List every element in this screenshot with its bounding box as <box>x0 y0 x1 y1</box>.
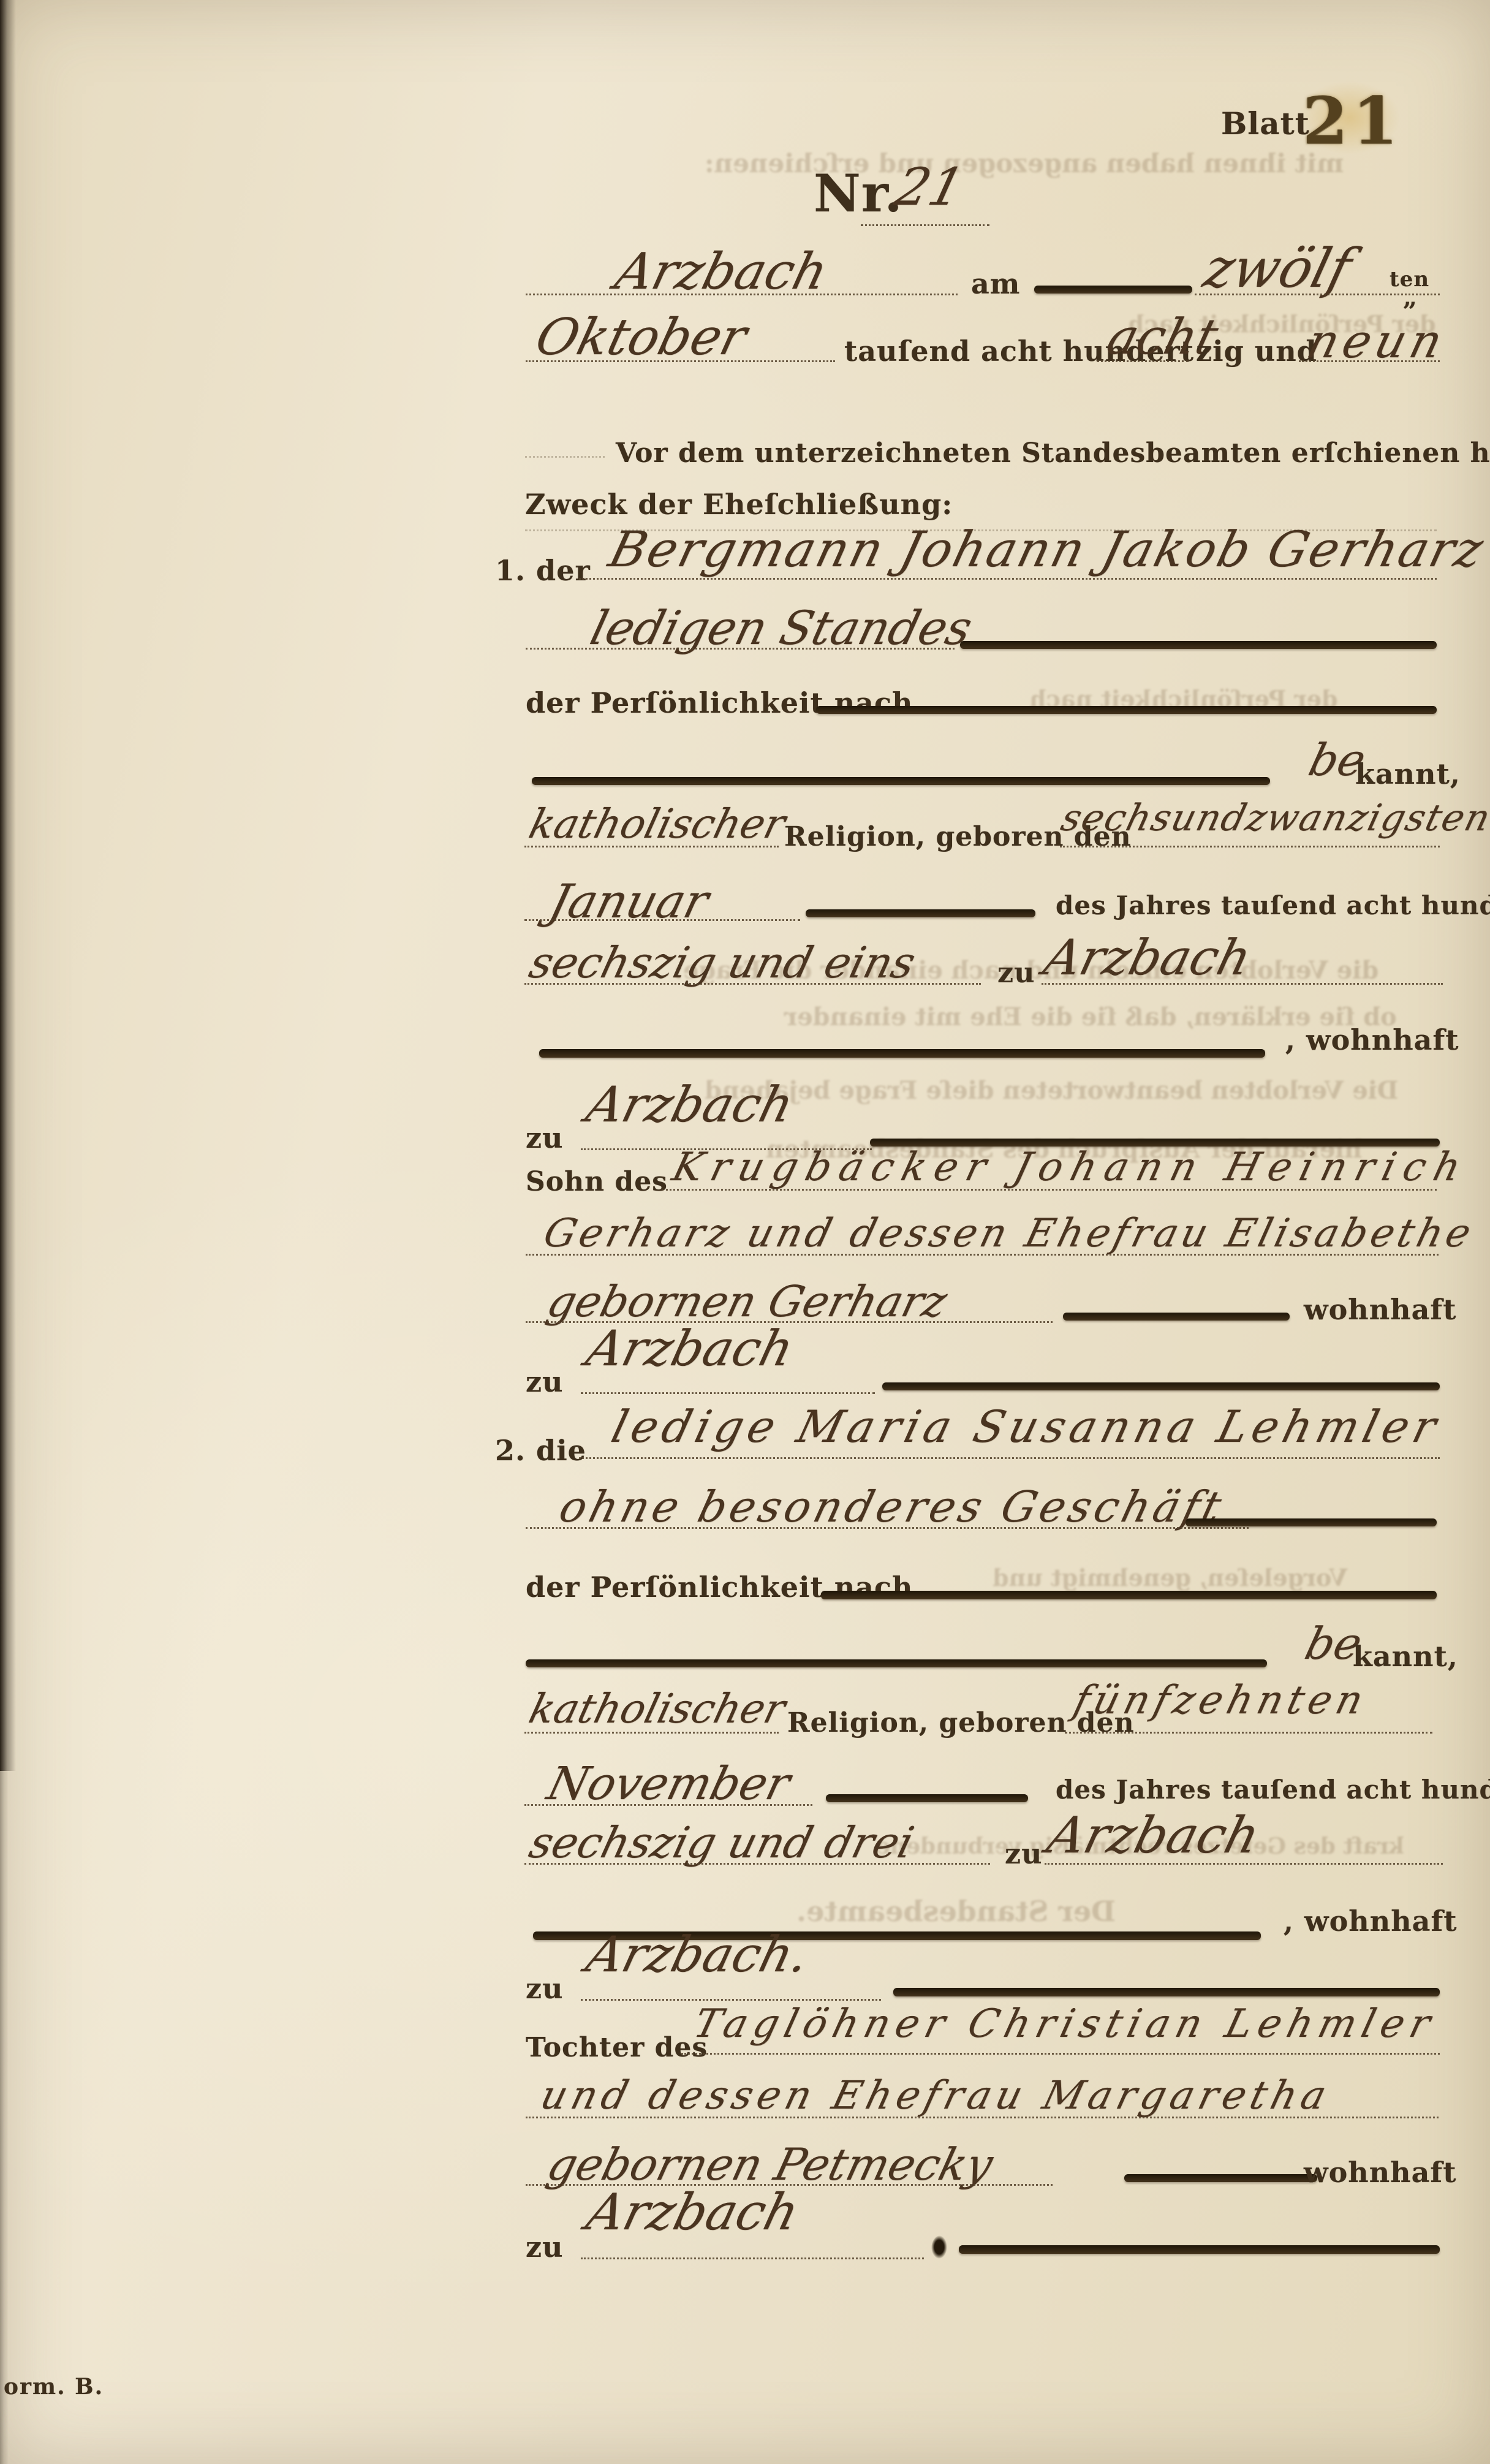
dotted-rule <box>581 1999 881 2001</box>
registration-place: Arzbach <box>610 243 833 301</box>
ink-blot <box>931 2235 947 2259</box>
groom-name: Bergmann Johann Jakob Gerharz <box>603 521 1490 578</box>
ink-bar <box>532 777 1270 785</box>
dotted-rule <box>681 2053 1440 2055</box>
binding-edge-shadow <box>0 0 16 1771</box>
dotted-rule <box>1299 360 1440 362</box>
bride-parents-label: Tochter des <box>526 2032 708 2063</box>
groom-residence: Arzbach <box>581 1076 800 1133</box>
dotted-rule <box>524 983 981 985</box>
dotted-rule <box>526 2117 1439 2118</box>
groom-mother-born: gebornen Gerharz <box>542 1276 952 1327</box>
groom-parents-residence: Arzbach <box>581 1320 800 1377</box>
groom-birth-year: sechszig und eins <box>524 938 920 988</box>
groom-index-label: 1. der <box>495 554 591 587</box>
groom-birth-day: sechsundzwanzigsten <box>1057 797 1490 840</box>
bride-parents-residence: Arzbach <box>581 2183 804 2242</box>
ink-bar <box>882 1382 1440 1390</box>
groom-year-label: des Jahres tauſend acht hundert <box>1056 890 1490 920</box>
ink-bar <box>816 706 1437 714</box>
am-label: am <box>971 267 1020 300</box>
dotted-rule <box>1045 1863 1443 1865</box>
groom-parents-label: Sohn des <box>526 1166 668 1197</box>
dotted-rule <box>581 1392 875 1394</box>
ink-bar <box>1124 2174 1317 2182</box>
groom-identity-label: der Perſönlichkeit nach <box>526 686 913 719</box>
ink-bar <box>959 2245 1440 2254</box>
bride-wohnhaft-label: , wohnhaft <box>1284 1905 1457 1938</box>
zig-und-label: zig und <box>1196 335 1317 368</box>
groom-parents-zu-label: zu <box>526 1365 564 1398</box>
intro-line-1: Vor dem unterzeichneten Standesbeamten e… <box>616 438 1490 469</box>
bride-year-label: des Jahres tauſend acht hundert <box>1056 1775 1490 1805</box>
ink-bar <box>539 1049 1265 1058</box>
bride-status: ohne besonderes Geschäft <box>554 1482 1230 1532</box>
ink-bar <box>526 1659 1267 1667</box>
dotted-rule <box>524 1863 990 1865</box>
sheet-label: Blatt <box>1221 105 1310 142</box>
groom-father-line2: Gerharz und dessen Ehefrau Elisabethe <box>539 1211 1479 1256</box>
sheet-number-stamp: 21 <box>1303 82 1403 159</box>
bride-birth-month: November <box>542 1757 795 1810</box>
bride-zu-label: zu <box>1005 1837 1043 1870</box>
marriage-month: Oktober <box>530 308 752 366</box>
dotted-rule <box>524 846 779 847</box>
bride-birth-place: Arzbach <box>1042 1806 1265 1865</box>
bride-mother-born: gebornen Petmecky <box>542 2139 998 2190</box>
ink-bar <box>826 1794 1028 1802</box>
dotted-rule <box>1042 983 1443 985</box>
groom-zu-label: zu <box>997 956 1035 989</box>
groom-residence-zu-label: zu <box>526 1121 564 1154</box>
form-footer: orm. B. <box>4 2374 104 2400</box>
intro-line-2: Zweck der Eheſchließung: <box>525 488 953 521</box>
dotted-rule <box>526 648 955 650</box>
ink-bar <box>1186 1518 1437 1526</box>
bride-residence: Arzbach. <box>581 1926 815 1983</box>
bride-known-label: kannt, <box>1353 1640 1458 1673</box>
ditto-mark: „ <box>1403 283 1418 312</box>
dotted-rule <box>662 1189 1437 1191</box>
bleed-through-line: Vorgeleſen, genehmigt und <box>993 1564 1347 1591</box>
bleed-through-line: Die Verlobten beantworteten dieſe Frage … <box>705 1076 1398 1105</box>
bride-residence-zu-label: zu <box>526 1972 564 2005</box>
marriage-day: zwölf <box>1198 237 1358 300</box>
dotted-rule <box>526 1527 1249 1529</box>
bride-father-line2: und dessen Ehefrau Margaretha <box>536 2073 1336 2118</box>
groom-birth-place: Arzbach <box>1038 929 1257 986</box>
ink-bar <box>806 909 1035 917</box>
redacted-ink-bar <box>1034 286 1192 294</box>
dotted-rule <box>524 1804 812 1806</box>
dotted-rule <box>524 919 800 921</box>
bride-birth-day: fünfzehnten <box>1069 1678 1372 1723</box>
ink-bar <box>821 1591 1437 1599</box>
dotted-rule <box>524 1732 779 1734</box>
bride-father: Taglöhner Christian Lehmler <box>689 2001 1441 2047</box>
dotted-rule <box>579 1457 1440 1459</box>
dotted-rule <box>1097 360 1189 362</box>
ink-bar <box>893 1988 1440 1996</box>
bride-name: ledige Maria Susanna Lehmler <box>607 1401 1446 1452</box>
groom-parents-wohnhaft-label: wohnhaft <box>1304 1293 1456 1326</box>
bride-religion: katholischer <box>524 1685 790 1732</box>
groom-father: Krugbäcker Johann Heinrich <box>668 1145 1473 1190</box>
ink-bar <box>960 641 1437 649</box>
bride-birth-year: sechszig und drei <box>524 1818 919 1868</box>
groom-status: ledigen Standes <box>585 601 978 655</box>
dotted-rule <box>1060 846 1440 847</box>
bride-parents-zu-label: zu <box>526 2231 564 2264</box>
ink-bar <box>1063 1313 1290 1321</box>
bride-parents-wohnhaft-label: wohnhaft <box>1304 2156 1456 2189</box>
document-page: mit ihnen haben angezogen und erſchienen… <box>0 0 1490 2464</box>
bleed-through-line: Der Standesbeamte. <box>796 1895 1116 1928</box>
bride-index-label: 2. die <box>495 1434 586 1467</box>
dotted-rule <box>526 1254 1439 1256</box>
groom-religion: katholischer <box>524 800 790 847</box>
record-number-value: 21 <box>890 157 970 217</box>
dotted-rule <box>525 456 605 458</box>
dotted-rule <box>581 2257 924 2259</box>
bleed-through-line: mit ihnen haben angezogen und erſchienen… <box>705 148 1344 178</box>
dotted-rule <box>861 224 989 226</box>
groom-wohnhaft-label: , wohnhaft <box>1285 1023 1459 1056</box>
groom-known-label: kannt, <box>1355 757 1461 790</box>
binding-edge-shadow-lower <box>0 1771 9 2464</box>
dotted-rule <box>579 578 1437 580</box>
dotted-rule <box>1065 1732 1432 1734</box>
